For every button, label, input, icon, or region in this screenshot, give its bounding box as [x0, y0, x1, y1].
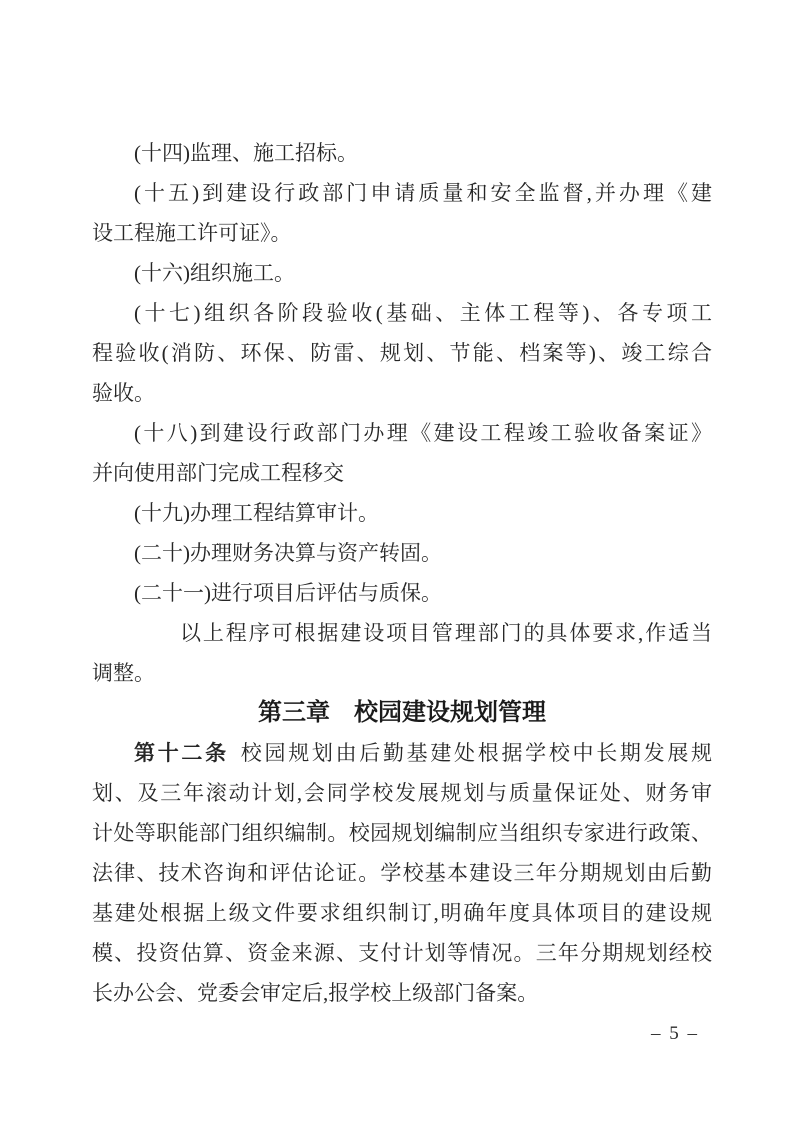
- text-line: 设工程施工许可证》。: [92, 213, 712, 253]
- chapter-heading: 第三章 校园建设规划管理: [92, 693, 712, 733]
- text-line: (二十一)进行项目后评估与质保。: [92, 573, 712, 613]
- article-section: 第十二条校园规划由后勤基建处根据学校中长期发展规划、及三年滚动计划,会同学校发展…: [92, 733, 712, 1013]
- text-line: 模、投资估算、资金来源、支付计划等情况。三年分期规划经校: [92, 933, 712, 973]
- text-line: (十八)到建设行政部门办理《建设工程竣工验收备案证》: [92, 413, 712, 453]
- numbered-items-section: (十四)监理、施工招标。(十五)到建设行政部门申请质量和安全监督,并办理《建设工…: [92, 133, 712, 693]
- text-line: (十六)组织施工。: [92, 253, 712, 293]
- text-line: 长办公会、党委会审定后,报学校上级部门备案。: [92, 973, 712, 1013]
- text-line: (二十)办理财务决算与资产转固。: [92, 533, 712, 573]
- text-line: 程验收(消防、环保、防雷、规划、节能、档案等)、竣工综合: [92, 333, 712, 373]
- text-line: 验收。: [92, 373, 712, 413]
- text-line: (十五)到建设行政部门申请质量和安全监督,并办理《建: [92, 173, 712, 213]
- article-number: 第十二条: [134, 741, 229, 765]
- text-line: (十七)组织各阶段验收(基础、主体工程等)、各专项工: [92, 293, 712, 333]
- text-line: 计处等职能部门组织编制。校园规划编制应当组织专家进行政策、: [92, 813, 712, 853]
- text-line: 调整。: [92, 653, 712, 693]
- text-line: 第十二条校园规划由后勤基建处根据学校中长期发展规: [92, 733, 712, 773]
- page-number: – 5 –: [651, 1023, 699, 1045]
- text-line: 法律、技术咨询和评估论证。学校基本建设三年分期规划由后勤: [92, 853, 712, 893]
- document-body: (十四)监理、施工招标。(十五)到建设行政部门申请质量和安全监督,并办理《建设工…: [92, 133, 712, 1013]
- document-page: (十四)监理、施工招标。(十五)到建设行政部门申请质量和安全监督,并办理《建设工…: [0, 0, 793, 1122]
- text-line: 基建处根据上级文件要求组织制订,明确年度具体项目的建设规: [92, 893, 712, 933]
- text-line: 以上程序可根据建设项目管理部门的具体要求,作适当: [92, 613, 712, 653]
- text-line: 并向使用部门完成工程移交: [92, 453, 712, 493]
- text-line: 划、及三年滚动计划,会同学校发展规划与质量保证处、财务审: [92, 773, 712, 813]
- text-line: (十四)监理、施工招标。: [92, 133, 712, 173]
- text-line: (十九)办理工程结算审计。: [92, 493, 712, 533]
